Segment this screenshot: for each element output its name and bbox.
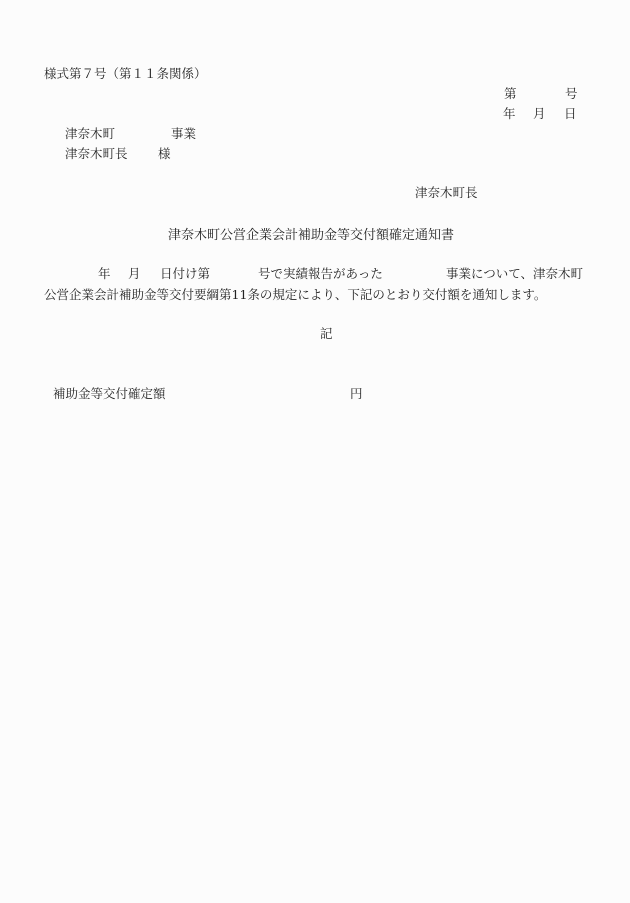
ki-heading: 記: [320, 328, 333, 341]
addressee-mayor: 津奈木町長: [65, 148, 128, 161]
sender: 津奈木町長: [415, 187, 478, 200]
addressee-honorific: 様: [158, 148, 171, 161]
amount-label: 補助金等交付確定額: [53, 388, 166, 401]
form-number: 様式第７号（第１１条関係）: [44, 68, 207, 81]
date-day: 日: [564, 108, 577, 121]
body-report: 号で実績報告があった: [258, 268, 383, 281]
doc-number-suffix: 号: [565, 88, 578, 101]
addressee-name: 津奈木町: [65, 128, 115, 141]
date-month: 月: [533, 108, 546, 121]
date-year: 年: [503, 108, 516, 121]
amount-unit: 円: [350, 388, 363, 401]
body-year: 年: [98, 268, 111, 281]
body-line2: 公営企業会計補助金等交付要綱第11条の規定により、下記のとおり交付額を通知します…: [44, 289, 546, 302]
document-title: 津奈木町公営企業会計補助金等交付額確定通知書: [168, 229, 454, 242]
doc-number-prefix: 第: [504, 88, 517, 101]
body-month: 月: [128, 268, 141, 281]
body-project: 事業について、津奈木町: [446, 268, 583, 281]
addressee-project: 事業: [171, 128, 196, 141]
body-date-part: 日付け第: [160, 268, 210, 281]
